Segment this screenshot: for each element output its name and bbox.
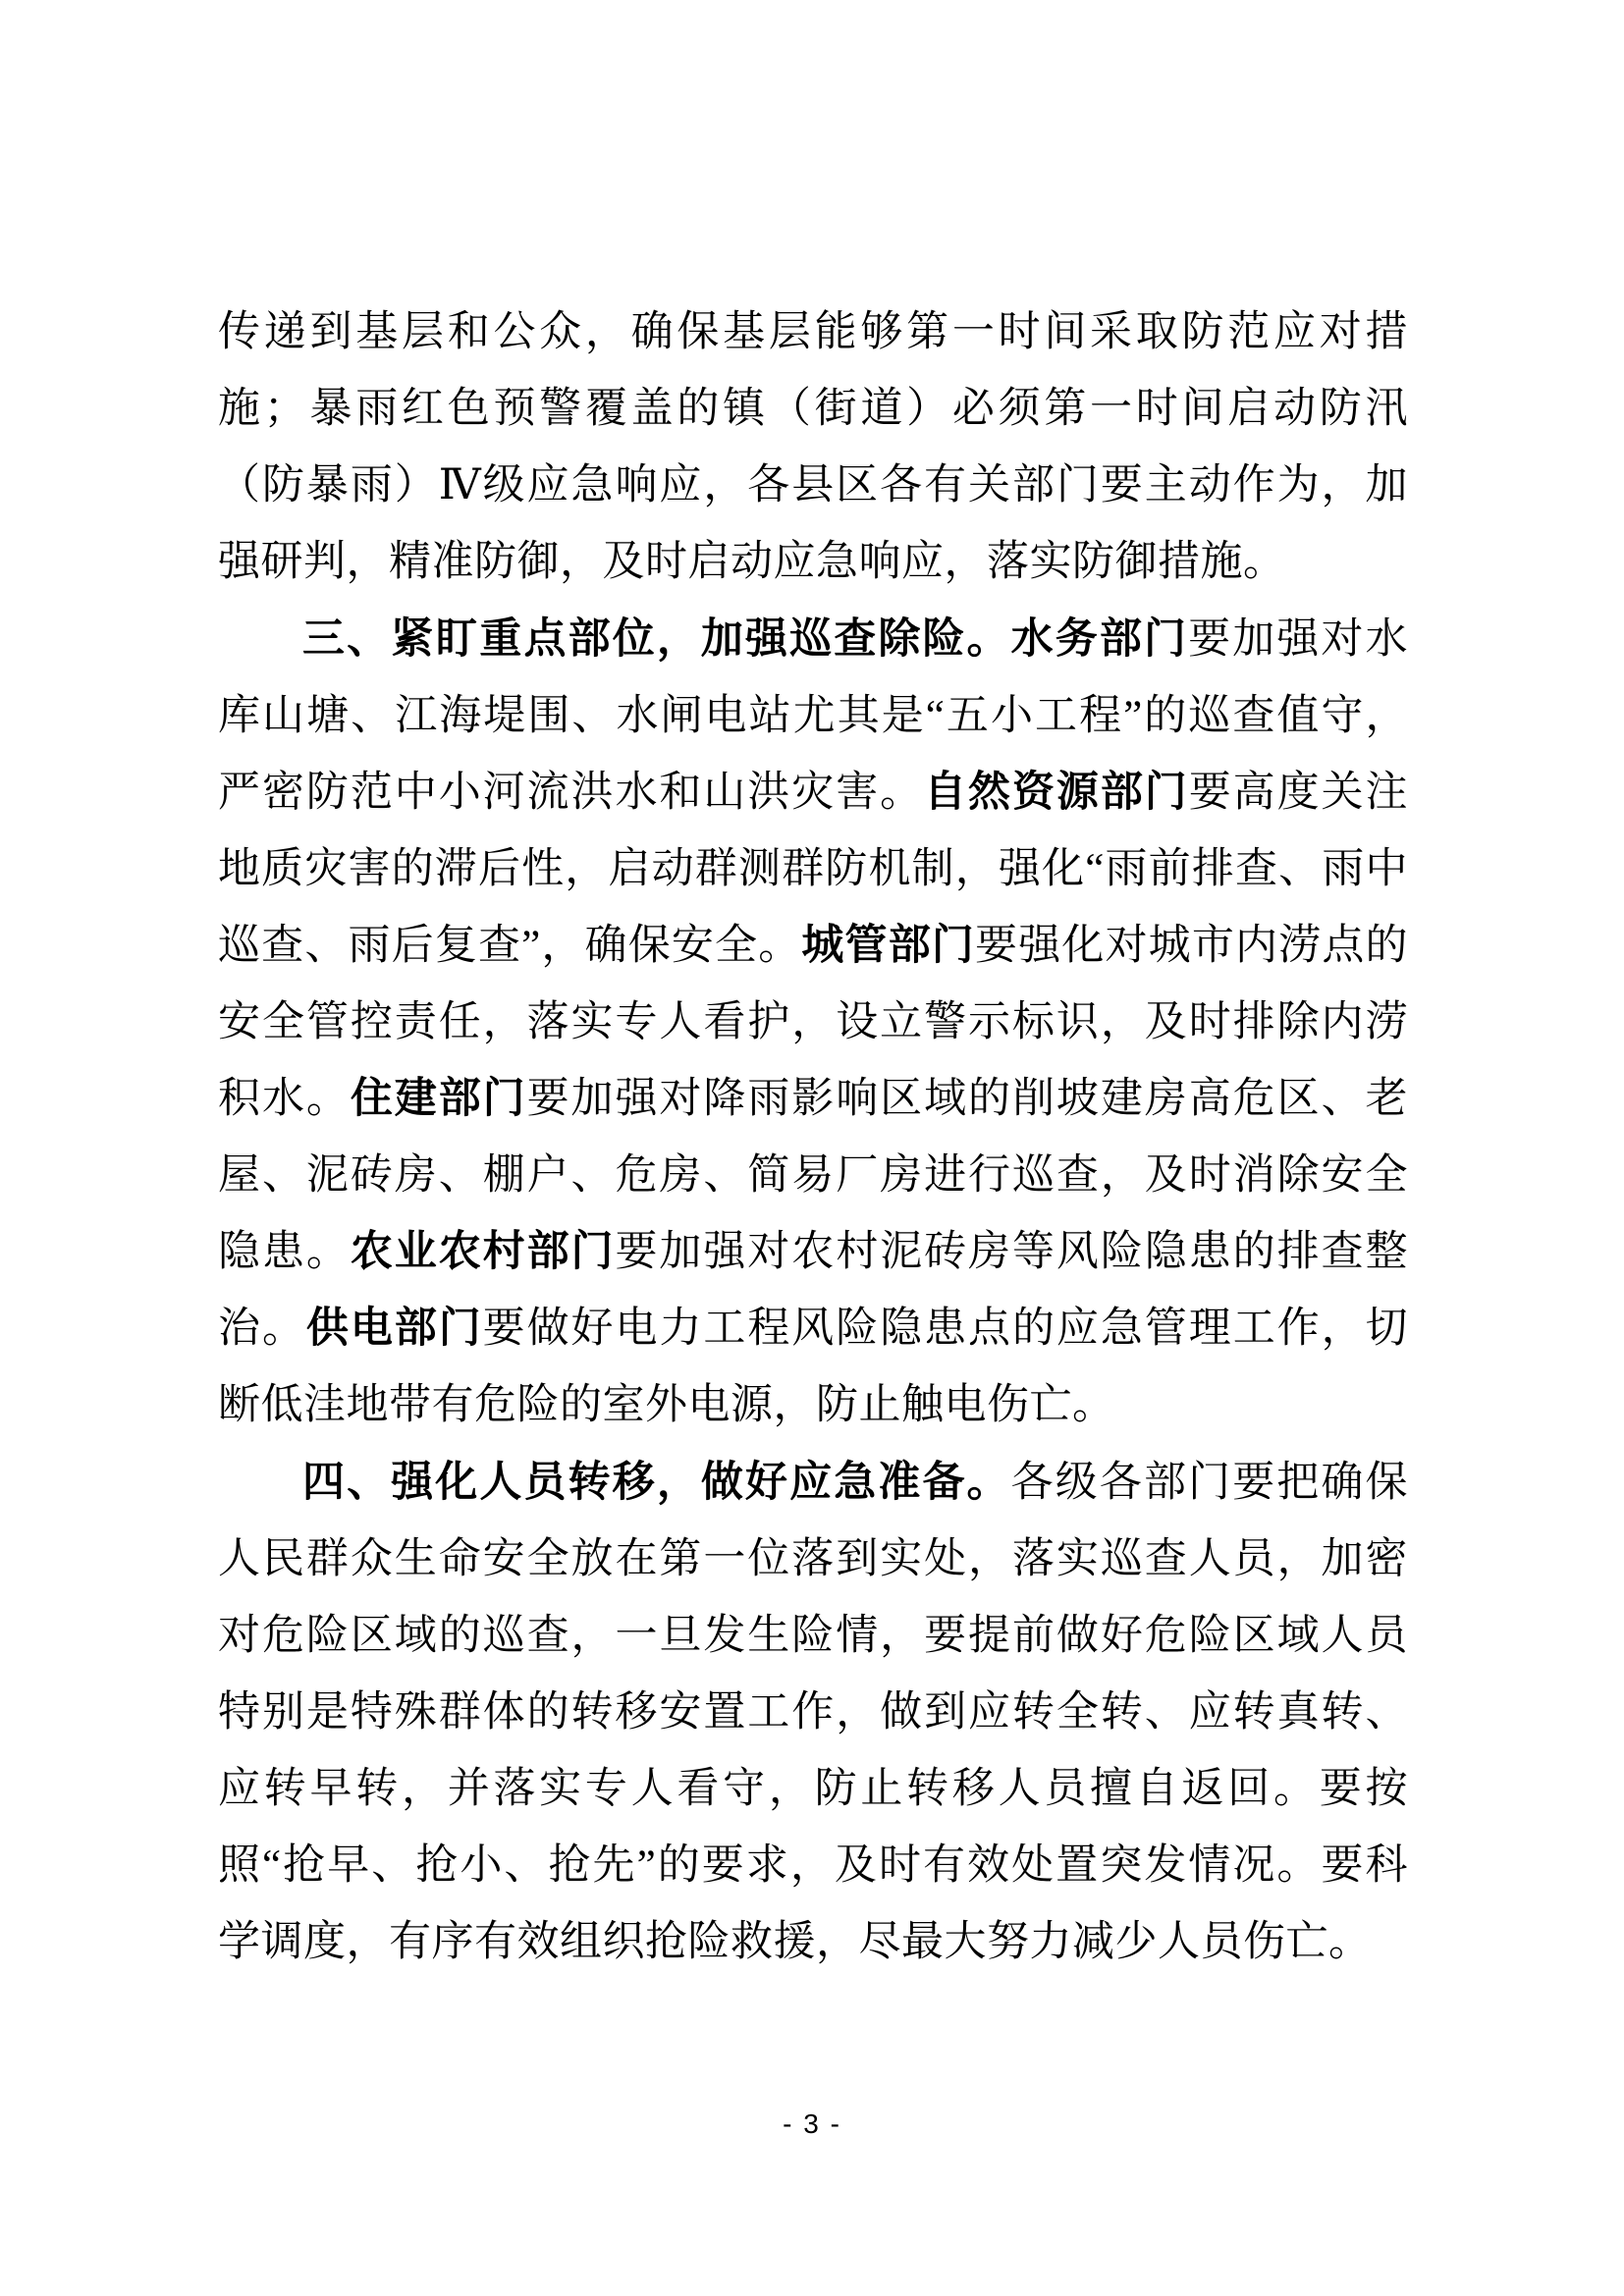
paragraph: 三、紧盯重点部位，加强巡查除险。水务部门要加强对水库山塘、江海堤围、水闸电站尤其… bbox=[218, 601, 1408, 1444]
body-text-segment: 传递到基层和公众，确保基层能够第一时间采取防范应对措施；暴雨红色预警覆盖的镇（街… bbox=[218, 309, 1408, 585]
document-body-text: 传递到基层和公众，确保基层能够第一时间采取防范应对措施；暴雨红色预警覆盖的镇（街… bbox=[218, 294, 1408, 1981]
page-number: - 3 - bbox=[0, 2109, 1624, 2140]
department-name: 住建部门 bbox=[351, 1076, 527, 1122]
section-heading: 三、紧盯重点部位，加强巡查除险。 bbox=[302, 615, 1011, 663]
department-name: 城管部门 bbox=[801, 923, 975, 969]
department-name: 水务部门 bbox=[1011, 616, 1188, 663]
body-text-segment: 各级各部门要把确保人民群众生命安全放在第一位落到实处，落实巡查人员，加密对危险区… bbox=[218, 1460, 1408, 1965]
section-heading: 四、强化人员转移，做好应急准备。 bbox=[302, 1459, 1011, 1506]
department-name: 供电部门 bbox=[306, 1306, 483, 1352]
paragraph: 四、强化人员转移，做好应急准备。各级各部门要把确保人民群众生命安全放在第一位落到… bbox=[218, 1444, 1408, 1981]
department-name: 自然资源部门 bbox=[924, 770, 1189, 816]
department-name: 农业农村部门 bbox=[351, 1229, 616, 1275]
document-page: 传递到基层和公众，确保基层能够第一时间采取防范应对措施；暴雨红色预警覆盖的镇（街… bbox=[0, 0, 1624, 2296]
paragraph: 传递到基层和公众，确保基层能够第一时间采取防范应对措施；暴雨红色预警覆盖的镇（街… bbox=[218, 294, 1408, 601]
